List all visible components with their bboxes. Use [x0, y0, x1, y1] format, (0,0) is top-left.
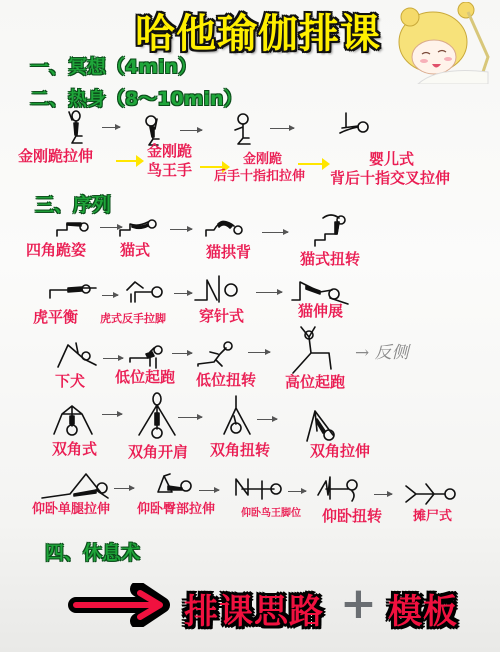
arrow-icon	[262, 232, 288, 233]
pose-label: 虎式反手拉脚	[100, 313, 166, 326]
arrow-icon	[288, 491, 306, 492]
pose-label: 猫式扭转	[300, 251, 360, 268]
pose-supine-leg-stretch-icon	[40, 472, 110, 500]
pose-label: 金刚跪	[243, 153, 282, 168]
pose-label: 金刚跪	[147, 143, 192, 160]
page-title: 哈他瑜伽排课	[135, 2, 381, 59]
pose-wide-leg-fold-icon	[52, 404, 94, 442]
pose-label: 仰卧扭转	[322, 508, 382, 525]
section-relaxation: 四、休息术	[45, 538, 140, 565]
pose-label: 双角式	[52, 441, 97, 458]
arrow-icon	[170, 229, 192, 230]
pose-label: 低位起跑	[115, 369, 175, 386]
pose-label: 双角开肩	[128, 444, 188, 461]
pose-corpse-icon	[404, 482, 460, 504]
arrow-icon	[270, 128, 294, 129]
arrow-icon	[102, 414, 122, 415]
pose-label: 仰卧臀部拉伸	[137, 503, 215, 518]
pose-high-lunge-icon	[291, 325, 333, 375]
pose-label: 鸟王手	[147, 162, 192, 179]
right-arrow-icon	[68, 583, 176, 627]
pose-label: 双角拉伸	[310, 443, 370, 460]
arrow-icon	[374, 494, 392, 495]
pose-cat-stretch-icon	[290, 278, 350, 304]
pose-tiger-reverse-grab-icon	[125, 280, 167, 304]
pose-tiger-balance-icon	[48, 282, 98, 300]
plus-sign: +	[340, 578, 377, 629]
pose-thread-needle-icon	[193, 274, 243, 304]
footer-title-right: 模板	[388, 584, 458, 633]
pose-label: 高位起跑	[285, 374, 345, 391]
section-warmup: 二、热身（8～10min）	[30, 84, 243, 111]
arrow-icon	[102, 127, 120, 128]
pose-label: 背后十指交叉拉伸	[330, 170, 450, 187]
pose-label: 低位扭转	[196, 372, 256, 389]
pose-label: 猫式	[120, 242, 150, 259]
yellow-arrow-icon	[298, 163, 328, 165]
pose-label: 后手十指扣拉伸	[214, 170, 305, 185]
pose-cat-arch-icon	[204, 216, 246, 238]
pose-label: 金刚跪拉伸	[18, 148, 93, 165]
pose-tabletop-icon	[55, 220, 90, 238]
anime-girl-mascot-icon	[388, 2, 498, 84]
section-sequence: 三、序列	[35, 190, 111, 217]
pose-supine-eagle-legs-icon	[234, 475, 284, 501]
pose-label: 仰卧单腿拉伸	[32, 503, 110, 518]
arrow-icon	[103, 358, 123, 359]
pose-low-twist-icon	[196, 340, 238, 372]
pose-vajrasana-interlace-icon	[231, 112, 253, 146]
section-meditation: 一、冥想（4min）	[30, 52, 197, 79]
pose-wide-leg-stretch-icon	[305, 409, 337, 445]
arrow-icon	[199, 490, 219, 491]
pose-low-lunge-icon	[128, 342, 168, 370]
pose-label: 摊尸式	[413, 510, 452, 525]
arrow-icon	[257, 419, 277, 420]
pose-cat-icon	[118, 218, 160, 238]
pose-label: 四角跪姿	[26, 242, 86, 259]
arrow-icon	[102, 295, 118, 296]
arrow-icon	[178, 417, 202, 418]
pose-label: 虎平衡	[33, 309, 78, 326]
pose-label: 婴儿式	[369, 151, 414, 168]
pose-child-interlace-icon	[338, 111, 370, 137]
arrow-icon	[248, 352, 270, 353]
pose-label: 下犬	[55, 373, 85, 390]
pose-downward-dog-icon	[56, 341, 98, 369]
pose-label: 猫拱背	[206, 244, 251, 261]
reverse-side-note: → 反侧	[355, 338, 409, 363]
pose-supine-hip-stretch-icon	[156, 472, 196, 496]
pose-supine-twist-icon	[316, 473, 362, 503]
arrow-icon	[174, 293, 192, 294]
pose-label: 猫伸展	[298, 303, 343, 320]
arrow-icon	[114, 488, 134, 489]
pose-cat-twist-icon	[313, 212, 351, 248]
pose-wide-leg-twist-icon	[222, 394, 254, 444]
arrow-icon	[172, 353, 192, 354]
pose-label: 仰卧鸟王脚位	[241, 508, 301, 520]
pose-label: 双角扭转	[210, 442, 270, 459]
yellow-arrow-icon	[200, 166, 228, 168]
arrow-icon	[180, 130, 202, 131]
yellow-arrow-icon	[116, 160, 142, 162]
pose-wide-leg-shoulder-open-icon	[137, 393, 177, 443]
footer-title-left: 排课思路	[184, 584, 324, 633]
pose-label: 穿针式	[199, 308, 244, 325]
arrow-icon	[256, 292, 282, 293]
pose-vajrasana-stretch-icon	[66, 110, 86, 146]
